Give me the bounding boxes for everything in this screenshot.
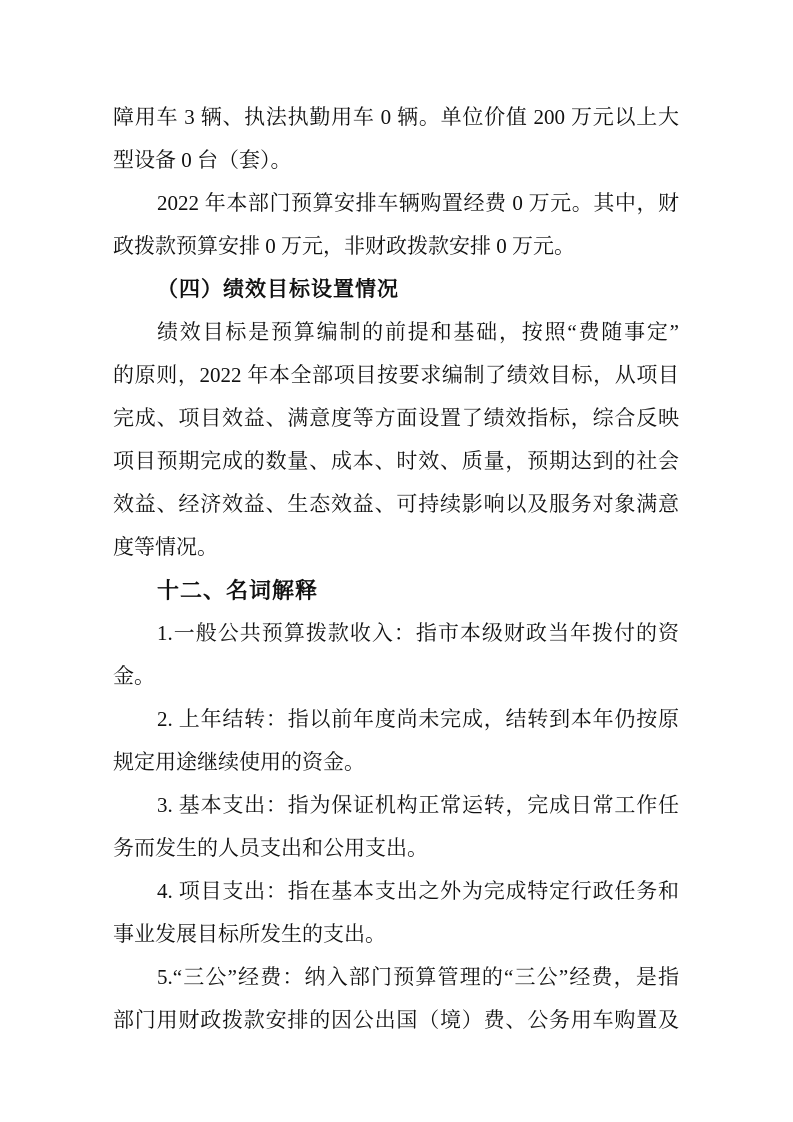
body-line-vehicles-2: 型设备 0 台（套）。	[113, 139, 679, 182]
body-line-performance-5: 效益、经济效益、生态效益、可持续影响以及服务对象满意	[113, 483, 679, 526]
body-line-vehicle-budget-1: 2022 年本部门预算安排车辆购置经费 0 万元。其中，财	[113, 182, 679, 225]
document-content: 障用车 3 辆、执法执勤用车 0 辆。单位价值 200 万元以上大 型设备 0 …	[113, 96, 679, 1042]
subsection-heading-performance-goals: （四）绩效目标设置情况	[113, 268, 679, 311]
body-line-performance-2: 的原则，2022 年本全部项目按要求编制了绩效目标，从项目	[113, 354, 679, 397]
body-line-performance-1: 绩效目标是预算编制的前提和基础，按照“费随事定”	[113, 311, 679, 354]
document-page: 障用车 3 辆、执法执勤用车 0 辆。单位价值 200 万元以上大 型设备 0 …	[0, 0, 793, 1122]
glossary-item-3-line-1: 3. 基本支出：指为保证机构正常运转，完成日常工作任	[113, 784, 679, 827]
glossary-item-5-line-1: 5.“三公”经费：纳入部门预算管理的“三公”经费，是指	[113, 956, 679, 999]
body-line-performance-4: 项目预期完成的数量、成本、时效、质量，预期达到的社会	[113, 440, 679, 483]
section-heading-glossary: 十二、名词解释	[113, 569, 679, 612]
glossary-item-2-line-2: 规定用途继续使用的资金。	[113, 741, 679, 784]
glossary-item-1-line-1: 1.一般公共预算拨款收入：指市本级财政当年拨付的资	[113, 612, 679, 655]
body-line-vehicle-budget-2: 政拨款预算安排 0 万元，非财政拨款安排 0 万元。	[113, 225, 679, 268]
glossary-item-5-line-2: 部门用财政拨款安排的因公出国（境）费、公务用车购置及	[113, 999, 679, 1042]
glossary-item-2-line-1: 2. 上年结转：指以前年度尚未完成，结转到本年仍按原	[113, 698, 679, 741]
glossary-item-4-line-1: 4. 项目支出：指在基本支出之外为完成特定行政任务和	[113, 870, 679, 913]
body-line-performance-6: 度等情况。	[113, 526, 679, 569]
glossary-item-3-line-2: 务而发生的人员支出和公用支出。	[113, 827, 679, 870]
glossary-item-1-line-2: 金。	[113, 655, 679, 698]
body-line-performance-3: 完成、项目效益、满意度等方面设置了绩效指标，综合反映	[113, 397, 679, 440]
body-line-vehicles-1: 障用车 3 辆、执法执勤用车 0 辆。单位价值 200 万元以上大	[113, 96, 679, 139]
glossary-item-4-line-2: 事业发展目标所发生的支出。	[113, 913, 679, 956]
